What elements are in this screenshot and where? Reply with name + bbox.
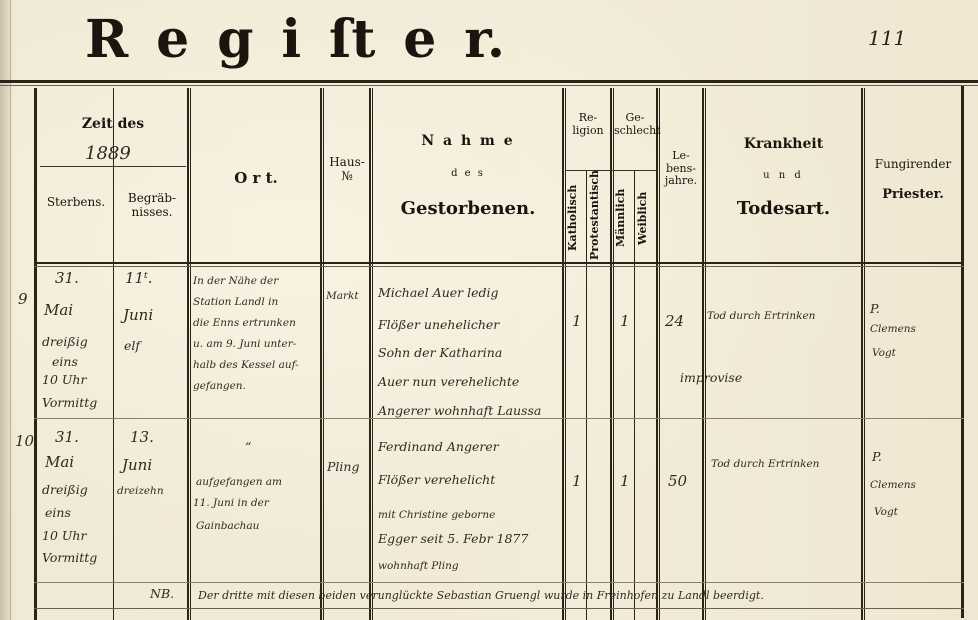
book-gutter: [0, 0, 11, 620]
header-bottom-rule: [34, 262, 964, 264]
header-fungirender: Fungirender: [866, 158, 960, 172]
note-label: NB.: [150, 588, 174, 601]
deceased-name-line: Sohn der Katharina: [378, 347, 502, 360]
male-count: 1: [620, 474, 630, 489]
col-divider: [113, 88, 114, 620]
col-divider: [562, 88, 564, 620]
col-divider: [702, 88, 704, 620]
deceased-name-line: Flößer unehelicher: [378, 319, 499, 332]
header-geschlecht-1: Ge-: [614, 112, 656, 125]
header-haus-1: Haus-: [324, 156, 370, 170]
age: 50: [668, 474, 687, 489]
place-ditto: “: [245, 441, 251, 454]
header-krankheit: Krankheit: [706, 136, 861, 152]
col-divider: [565, 88, 566, 620]
header-ort: O r t.: [192, 170, 320, 187]
col-divider: [610, 88, 612, 620]
header-religion: Re- ligion: [566, 112, 610, 137]
title-letter: e: [403, 9, 436, 70]
death-month: Mai: [44, 303, 73, 318]
col-divider: [613, 88, 614, 620]
header-begraebnisses: Begräb- nisses.: [116, 192, 188, 220]
cause-of-death: Tod durch Ertrinken: [711, 459, 819, 470]
deceased-name-line: Egger seit 5. Febr 1877: [378, 533, 528, 546]
death-month: Mai: [45, 455, 74, 470]
top-rule-thin: [0, 85, 978, 86]
priester-name: Clemens: [870, 480, 916, 491]
row-number: 10: [15, 434, 34, 449]
catholic-count: 1: [572, 314, 582, 329]
header-des: d e s: [374, 168, 562, 180]
page-title: R e g i ſt e r.: [85, 4, 505, 74]
row-divider: [34, 582, 964, 583]
burial-day: 11ᵗ.: [125, 271, 153, 286]
header-year: 1889: [85, 145, 131, 163]
top-rule: [0, 80, 978, 83]
place-line: halb des Kessel auf-: [193, 360, 299, 371]
header-lebens-3: jahre.: [660, 175, 702, 188]
deceased-name-line: Auer nun verehelichte: [378, 376, 519, 389]
title-letter: r.: [464, 9, 505, 70]
header-katholisch: Katholisch: [566, 176, 586, 260]
title-letter: i: [281, 9, 301, 70]
header-religion-2: ligion: [566, 125, 610, 138]
death-time: 10 Uhr: [42, 374, 86, 387]
deceased-name-line: Michael Auer ledig: [378, 287, 499, 300]
row-divider: [34, 608, 964, 609]
death-time-period: Vormittg: [42, 397, 97, 410]
male-count: 1: [620, 314, 630, 329]
priester-surname: Vogt: [874, 507, 898, 518]
death-day-words: dreißig: [42, 336, 88, 349]
death-day: 31.: [55, 430, 79, 445]
header-bottom-rule-thin: [34, 266, 964, 267]
deceased-name-line: mit Christine geborne: [378, 510, 495, 521]
col-divider: [861, 88, 863, 620]
place-line: In der Nähe der: [193, 276, 278, 287]
col-divider: [187, 88, 189, 620]
deceased-name-line: Ferdinand Angerer: [378, 441, 499, 454]
col-divider: [634, 170, 635, 620]
catholic-count: 1: [572, 474, 582, 489]
col-divider: [586, 170, 587, 620]
place-line: aufgefangen am: [196, 477, 282, 488]
place-line: u. am 9. Juni unter-: [193, 339, 296, 350]
header-sterbens: Sterbens.: [38, 196, 114, 210]
table-border-left: [34, 88, 37, 620]
header-todesart: Todesart.: [706, 199, 861, 220]
header-weiblich: Weiblich: [636, 176, 656, 260]
col-divider: [372, 88, 373, 620]
place-line: Gainbachau: [196, 521, 259, 532]
title-letter: g: [217, 9, 253, 70]
burial-month: Juni: [122, 458, 152, 473]
deceased-name-line: Angerer wohnhaft Laussa: [378, 405, 541, 418]
col-divider: [864, 88, 865, 620]
death-time-period: Vormittg: [42, 552, 97, 565]
header-maennlich: Männlich: [614, 176, 634, 260]
page-number: 111: [868, 26, 906, 50]
header-lebens-1: Le-: [660, 150, 702, 163]
col-divider: [320, 88, 322, 620]
header-begraebnisses-1: Begräb-: [116, 192, 188, 206]
deceased-name-line: Flößer verehelicht: [378, 474, 495, 487]
col-divider: [190, 88, 191, 620]
priester-title: P.: [870, 303, 880, 316]
year-rule: [40, 166, 186, 167]
cause-of-death: Tod durch Ertrinken: [707, 311, 815, 322]
death-day-words-2: eins: [52, 356, 78, 369]
row-divider: [34, 418, 964, 419]
header-geschlecht: Ge- schlecht: [614, 112, 656, 137]
death-day-words: dreißig: [42, 484, 88, 497]
header-haus: Haus- №: [324, 156, 370, 184]
age: 24: [665, 314, 684, 329]
table-border-right: [961, 86, 964, 618]
header-geschlecht-2: schlecht: [614, 125, 656, 138]
house-number: Markt: [326, 291, 359, 302]
title-letter: ſt: [329, 9, 375, 70]
priester-title: P.: [872, 451, 882, 464]
burial-day-words: elf: [124, 340, 140, 353]
title-letter: R: [85, 9, 128, 70]
place-line: gefangen.: [193, 381, 246, 392]
header-zeit: Zeit des: [40, 116, 186, 132]
col-divider: [705, 88, 706, 620]
col-divider: [656, 88, 658, 620]
priester-name: Clemens: [870, 324, 916, 335]
place-line: Station Landl in: [193, 297, 278, 308]
header-und: u n d: [706, 170, 861, 182]
burial-month: Juni: [123, 308, 153, 323]
title-letter: e: [156, 9, 189, 70]
header-nahme: N a h m e: [374, 133, 562, 149]
cause-of-death-note: improvise: [680, 372, 742, 385]
burial-day-words: dreizehn: [117, 486, 164, 497]
header-lebensjahre: Le- bens- jahre.: [660, 150, 702, 188]
death-day-words-2: eins: [45, 507, 71, 520]
header-haus-2: №: [324, 170, 370, 184]
death-day: 31.: [55, 271, 79, 286]
header-gestorbenen: Gestorbenen.: [374, 199, 562, 220]
note-text: Der dritte mit diesen beiden verunglückt…: [198, 590, 764, 601]
house-number: Pling: [327, 461, 359, 474]
place-line: die Enns ertrunken: [193, 318, 296, 329]
row-number: 9: [18, 292, 28, 307]
place-line: 11. Juni in der: [193, 498, 269, 509]
header-protestantisch: Protestantisch: [588, 176, 610, 260]
priester-surname: Vogt: [872, 348, 896, 359]
subheader-rule: [565, 170, 658, 171]
header-begraebnisses-2: nisses.: [116, 206, 188, 220]
deceased-name-line: wohnhaft Pling: [378, 561, 459, 572]
death-time: 10 Uhr: [42, 530, 86, 543]
header-religion-1: Re-: [566, 112, 610, 125]
burial-day: 13.: [130, 430, 154, 445]
header-priester: Priester.: [866, 188, 960, 203]
